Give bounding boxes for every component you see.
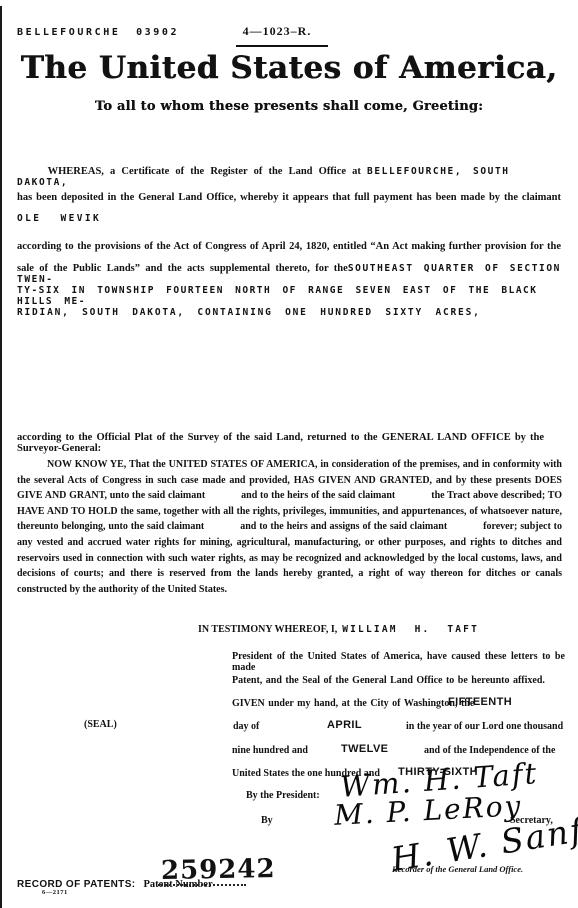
month-name: APRIL bbox=[327, 719, 362, 731]
by-label: By bbox=[261, 815, 273, 826]
document-salutation: To all to whom these presents shall come… bbox=[0, 99, 578, 114]
whereas-line-1: WHEREAS, a Certificate of the Register o… bbox=[17, 166, 561, 192]
act-clause-1: according to the provisions of the Act o… bbox=[17, 241, 561, 252]
act-clause-line-2: sale of the Public Lands” and the acts s… bbox=[17, 263, 561, 285]
land-patent-document: BELLEFOURCHE 03902 4—1023–R. The United … bbox=[0, 0, 578, 908]
scan-edge-artifact bbox=[0, 6, 2, 908]
grant-seg2: and to the heirs of the said claimant bbox=[241, 490, 395, 501]
given-line: GIVEN under my hand, at the City of Wash… bbox=[232, 698, 474, 709]
deposit-clause: has been deposited in the General Land O… bbox=[17, 192, 561, 203]
president-name: WILLIAM H. TAFT bbox=[342, 624, 479, 635]
form-number: 4—1023–R. bbox=[222, 24, 332, 39]
act-clause-line-1: according to the provisions of the Act o… bbox=[17, 241, 561, 263]
grant-seg5: forever; subject to any vested and accru… bbox=[17, 521, 562, 594]
day-ordinal: FIFTEENTH bbox=[448, 696, 512, 708]
year-phrase: in the year of our Lord one thousand bbox=[406, 721, 563, 732]
seal-label: (SEAL) bbox=[84, 719, 117, 730]
plat-clause: according to the Official Plat of the Su… bbox=[17, 432, 563, 454]
independence-phrase: and of the Independence of the bbox=[424, 745, 555, 756]
caused-line: President of the United States of Americ… bbox=[232, 651, 578, 673]
testimony-intro: IN TESTIMONY WHEREOF, I, bbox=[198, 624, 337, 635]
grant-paragraph: NOW KNOW YE, That the UNITED STATES OF A… bbox=[17, 457, 562, 597]
claimant-name: OLE WEVIK bbox=[17, 213, 101, 224]
whereas-paragraph: WHEREAS, a Certificate of the Register o… bbox=[17, 166, 561, 329]
grant-seg4: and to the heirs and assigns of the said… bbox=[240, 521, 447, 532]
land-description-2: TY-SIX IN TOWNSHIP FOURTEEN NORTH OF RAN… bbox=[17, 285, 561, 307]
land-description-3: RIDIAN, SOUTH DAKOTA, CONTAINING ONE HUN… bbox=[17, 307, 561, 329]
whereas-line-2: has been deposited in the General Land O… bbox=[17, 192, 561, 213]
document-title: The United States of America, bbox=[0, 50, 578, 86]
nine-hundred-label: nine hundred and bbox=[232, 745, 308, 756]
claimant-line: OLE WEVIK bbox=[17, 213, 561, 241]
act-clause-2: sale of the Public Lands” and the acts s… bbox=[17, 263, 348, 274]
year-word: TWELVE bbox=[341, 743, 388, 755]
whereas-intro: WHEREAS, a Certificate of the Register o… bbox=[48, 166, 361, 177]
land-office-serial: BELLEFOURCHE 03902 bbox=[17, 27, 179, 38]
patent-number-stamp: 259242 bbox=[161, 854, 276, 886]
form-code: 6—2171 bbox=[42, 889, 68, 896]
record-of-patents-label: RECORD OF PATENTS: bbox=[17, 879, 136, 890]
testimony-intro-line: IN TESTIMONY WHEREOF, I, WILLIAM H. TAFT bbox=[198, 624, 479, 635]
recorder-label: Recorder of the General Land Office. bbox=[392, 864, 523, 874]
day-of-label: day of bbox=[233, 721, 259, 732]
patent-affixed-line: Patent, and the Seal of the General Land… bbox=[232, 675, 545, 686]
form-number-rule bbox=[236, 45, 328, 47]
by-president-label: By the President: bbox=[246, 790, 320, 801]
